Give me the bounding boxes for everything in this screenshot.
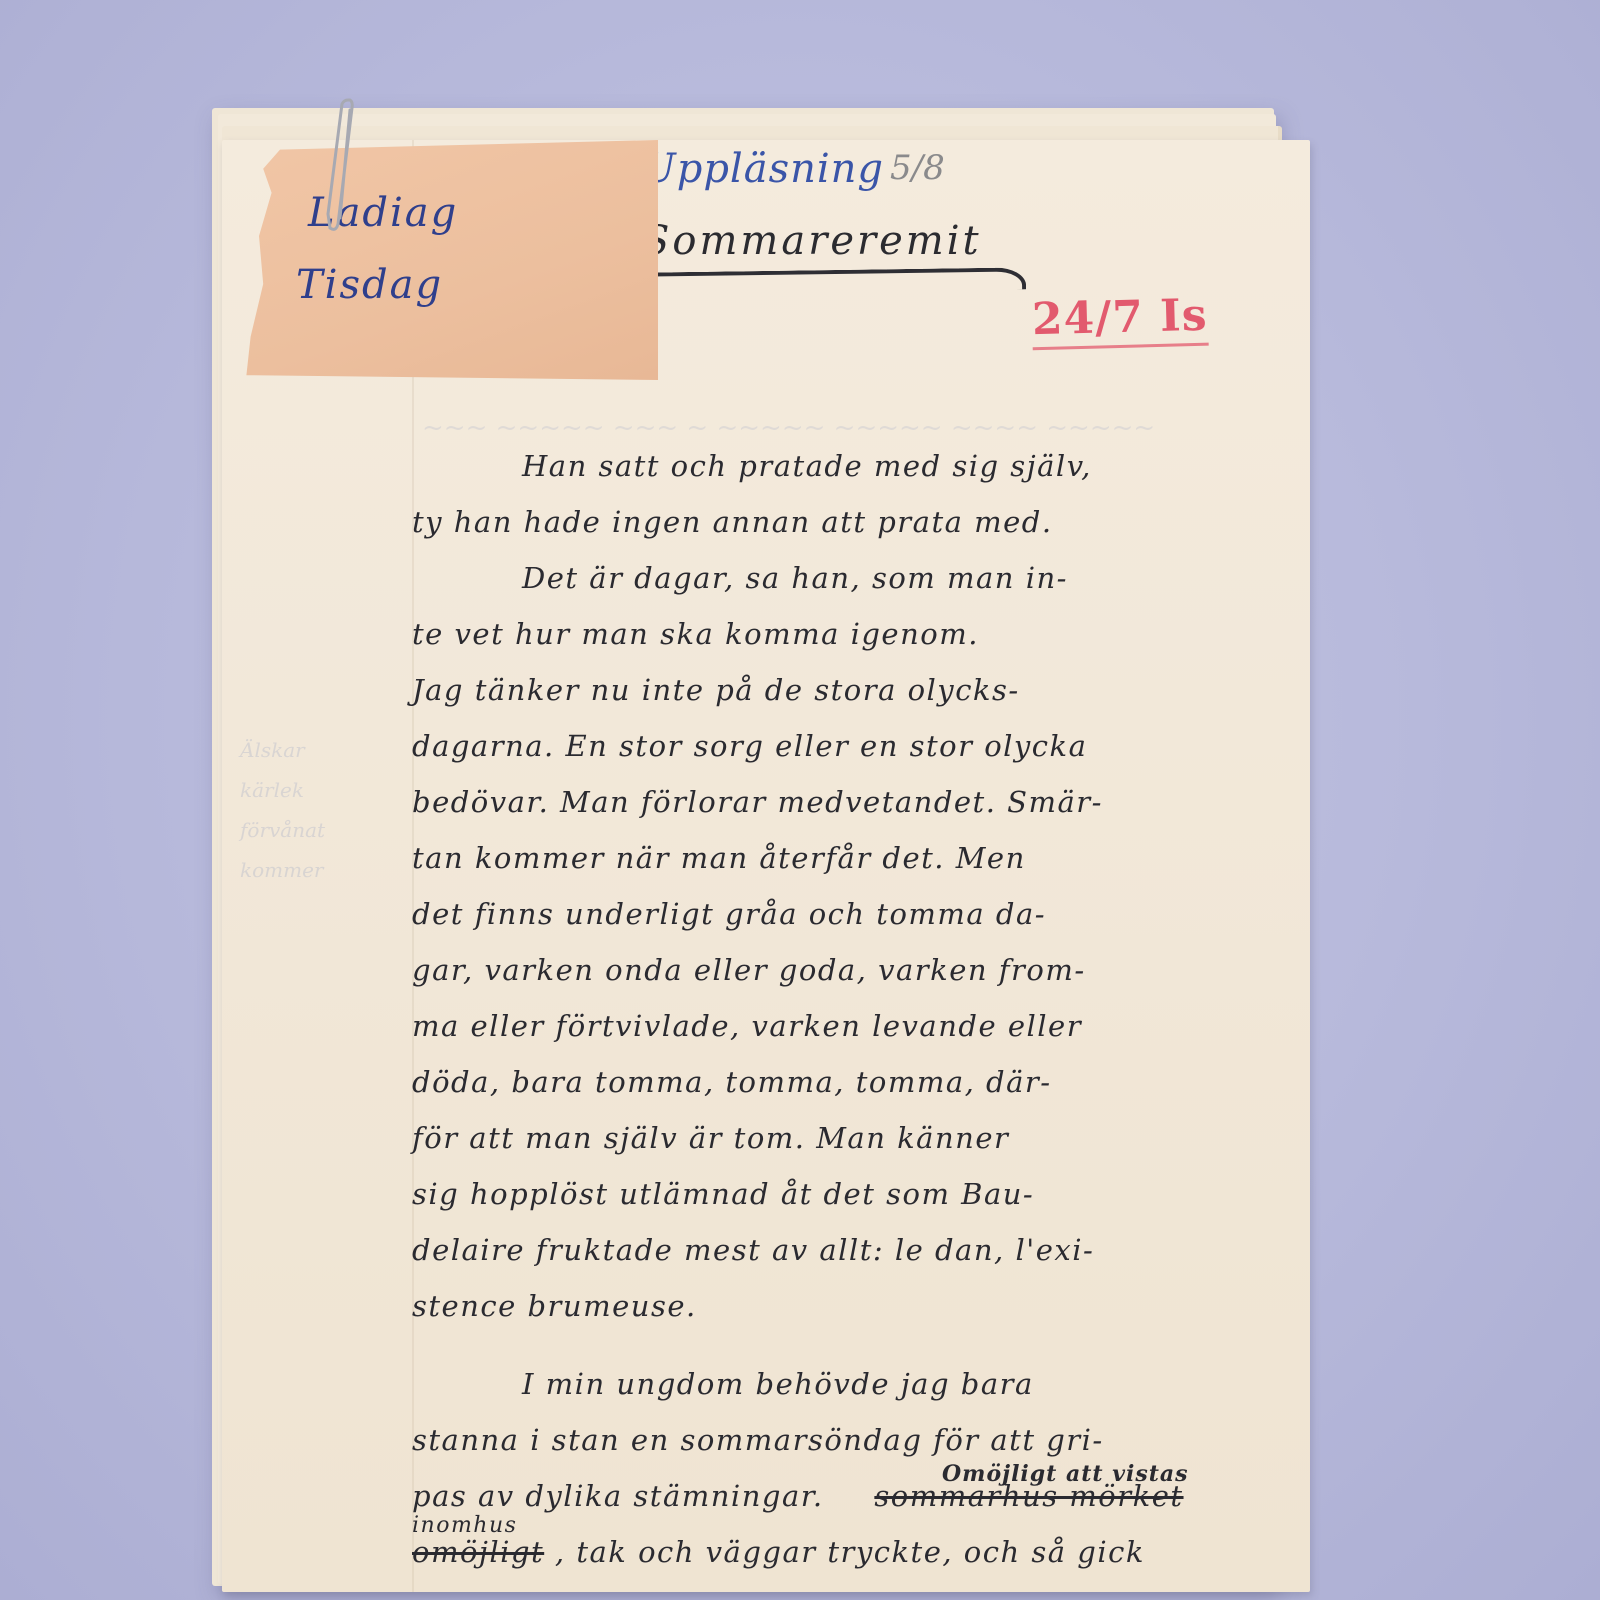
text-line: Det är dagar, sa han, som man in-	[412, 550, 1292, 606]
text-line-with-correction: pas av dylika stämningar. Omöjligt att v…	[412, 1468, 1292, 1524]
note-line: Tisdag	[296, 262, 443, 308]
text-line: stence brumeuse.	[412, 1278, 1292, 1334]
text-line: te vet hur man ska komma igenom.	[412, 606, 1292, 662]
text-line: bedövar. Man förlorar medvetandet. Smär-	[412, 774, 1292, 830]
text-line: Han satt och pratade med sig själv,	[412, 438, 1292, 494]
text-line: det finns underligt gråa och tomma da-	[412, 886, 1292, 942]
text-line: ty han hade ingen annan att prata med.	[412, 494, 1292, 550]
margin-note-line: Älskar	[240, 730, 400, 770]
reading-label: Uppläsning	[642, 146, 884, 192]
text-line: ma eller förtvivlade, varken levande ell…	[412, 998, 1292, 1054]
paperclip-icon	[324, 98, 354, 238]
text-line: dagarna. En stor sorg eller en stor olyc…	[412, 718, 1292, 774]
text-segment: , tak och väggar tryckte, och så gick	[555, 1535, 1145, 1569]
date-fraction: 5/8	[890, 148, 945, 188]
manuscript-body: Han satt och pratade med sig själv, ty h…	[412, 438, 1292, 1580]
text-line: sig hopplöst utlämnad åt det som Bau-	[412, 1166, 1292, 1222]
text-line: I min ungdom behövde jag bara	[412, 1356, 1292, 1412]
inserted-word: inomhus	[412, 1498, 517, 1554]
title-underline	[642, 267, 1026, 294]
margin-note-line: kommer	[240, 850, 400, 890]
text-line: för att man själv är tom. Man känner	[412, 1110, 1292, 1166]
margin-note-line: kärlek	[240, 770, 400, 810]
date-stamp: 24/7 Is	[1031, 290, 1208, 351]
torn-paper-note	[238, 140, 658, 380]
margin-note-line: förvånat	[240, 810, 400, 850]
text-line: gar, varken onda eller goda, varken from…	[412, 942, 1292, 998]
text-line: tan kommer när man återfår det. Men	[412, 830, 1292, 886]
margin-note: Älskar kärlek förvånat kommer	[240, 730, 400, 890]
text-line: delaire fruktade mest av allt: le dan, l…	[412, 1222, 1292, 1278]
text-line: Jag tänker nu inte på de stora olycks-	[412, 662, 1292, 718]
inserted-correction: Omöjligt att vistas	[942, 1446, 1189, 1502]
page-title: Sommareremit	[642, 218, 982, 264]
text-line: döda, bara tomma, tomma, tomma, där-	[412, 1054, 1292, 1110]
text-line-with-insertion: inomhus omöjligt , tak och väggar tryckt…	[412, 1524, 1292, 1580]
